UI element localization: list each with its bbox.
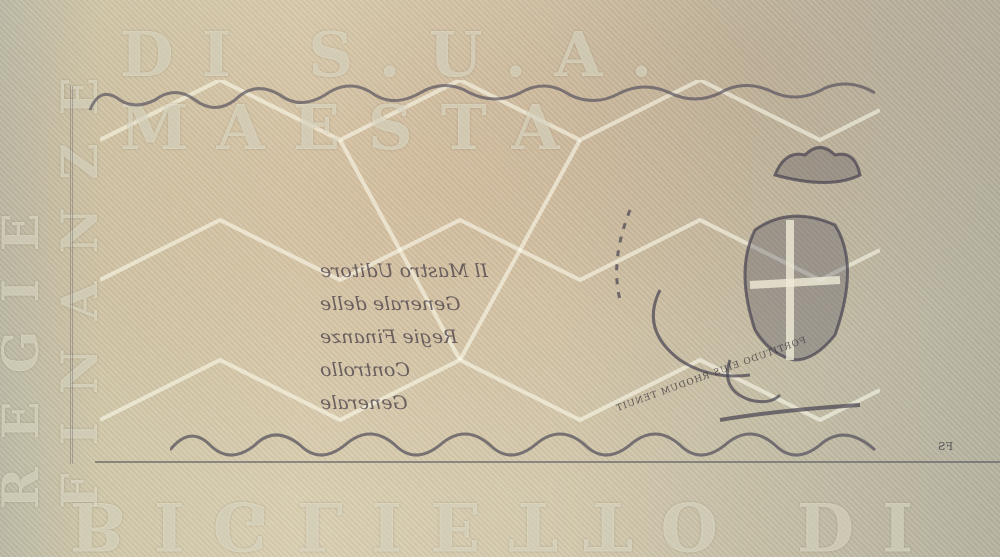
watermark-bottom-text: BIGLIETTO DI [70,487,941,557]
script-line: Il Mastro Uditore [320,255,495,288]
signature-block: Il Mastro Uditore Generale delle Regie F… [320,255,495,420]
script-line: Generale delle [320,288,495,321]
baseline-rule [95,461,1000,463]
corner-mark: FS [938,440,953,453]
script-line: Regie Finanze [320,321,495,354]
script-line: Controllo Generale [320,354,495,420]
ornamental-border-top [85,80,875,122]
